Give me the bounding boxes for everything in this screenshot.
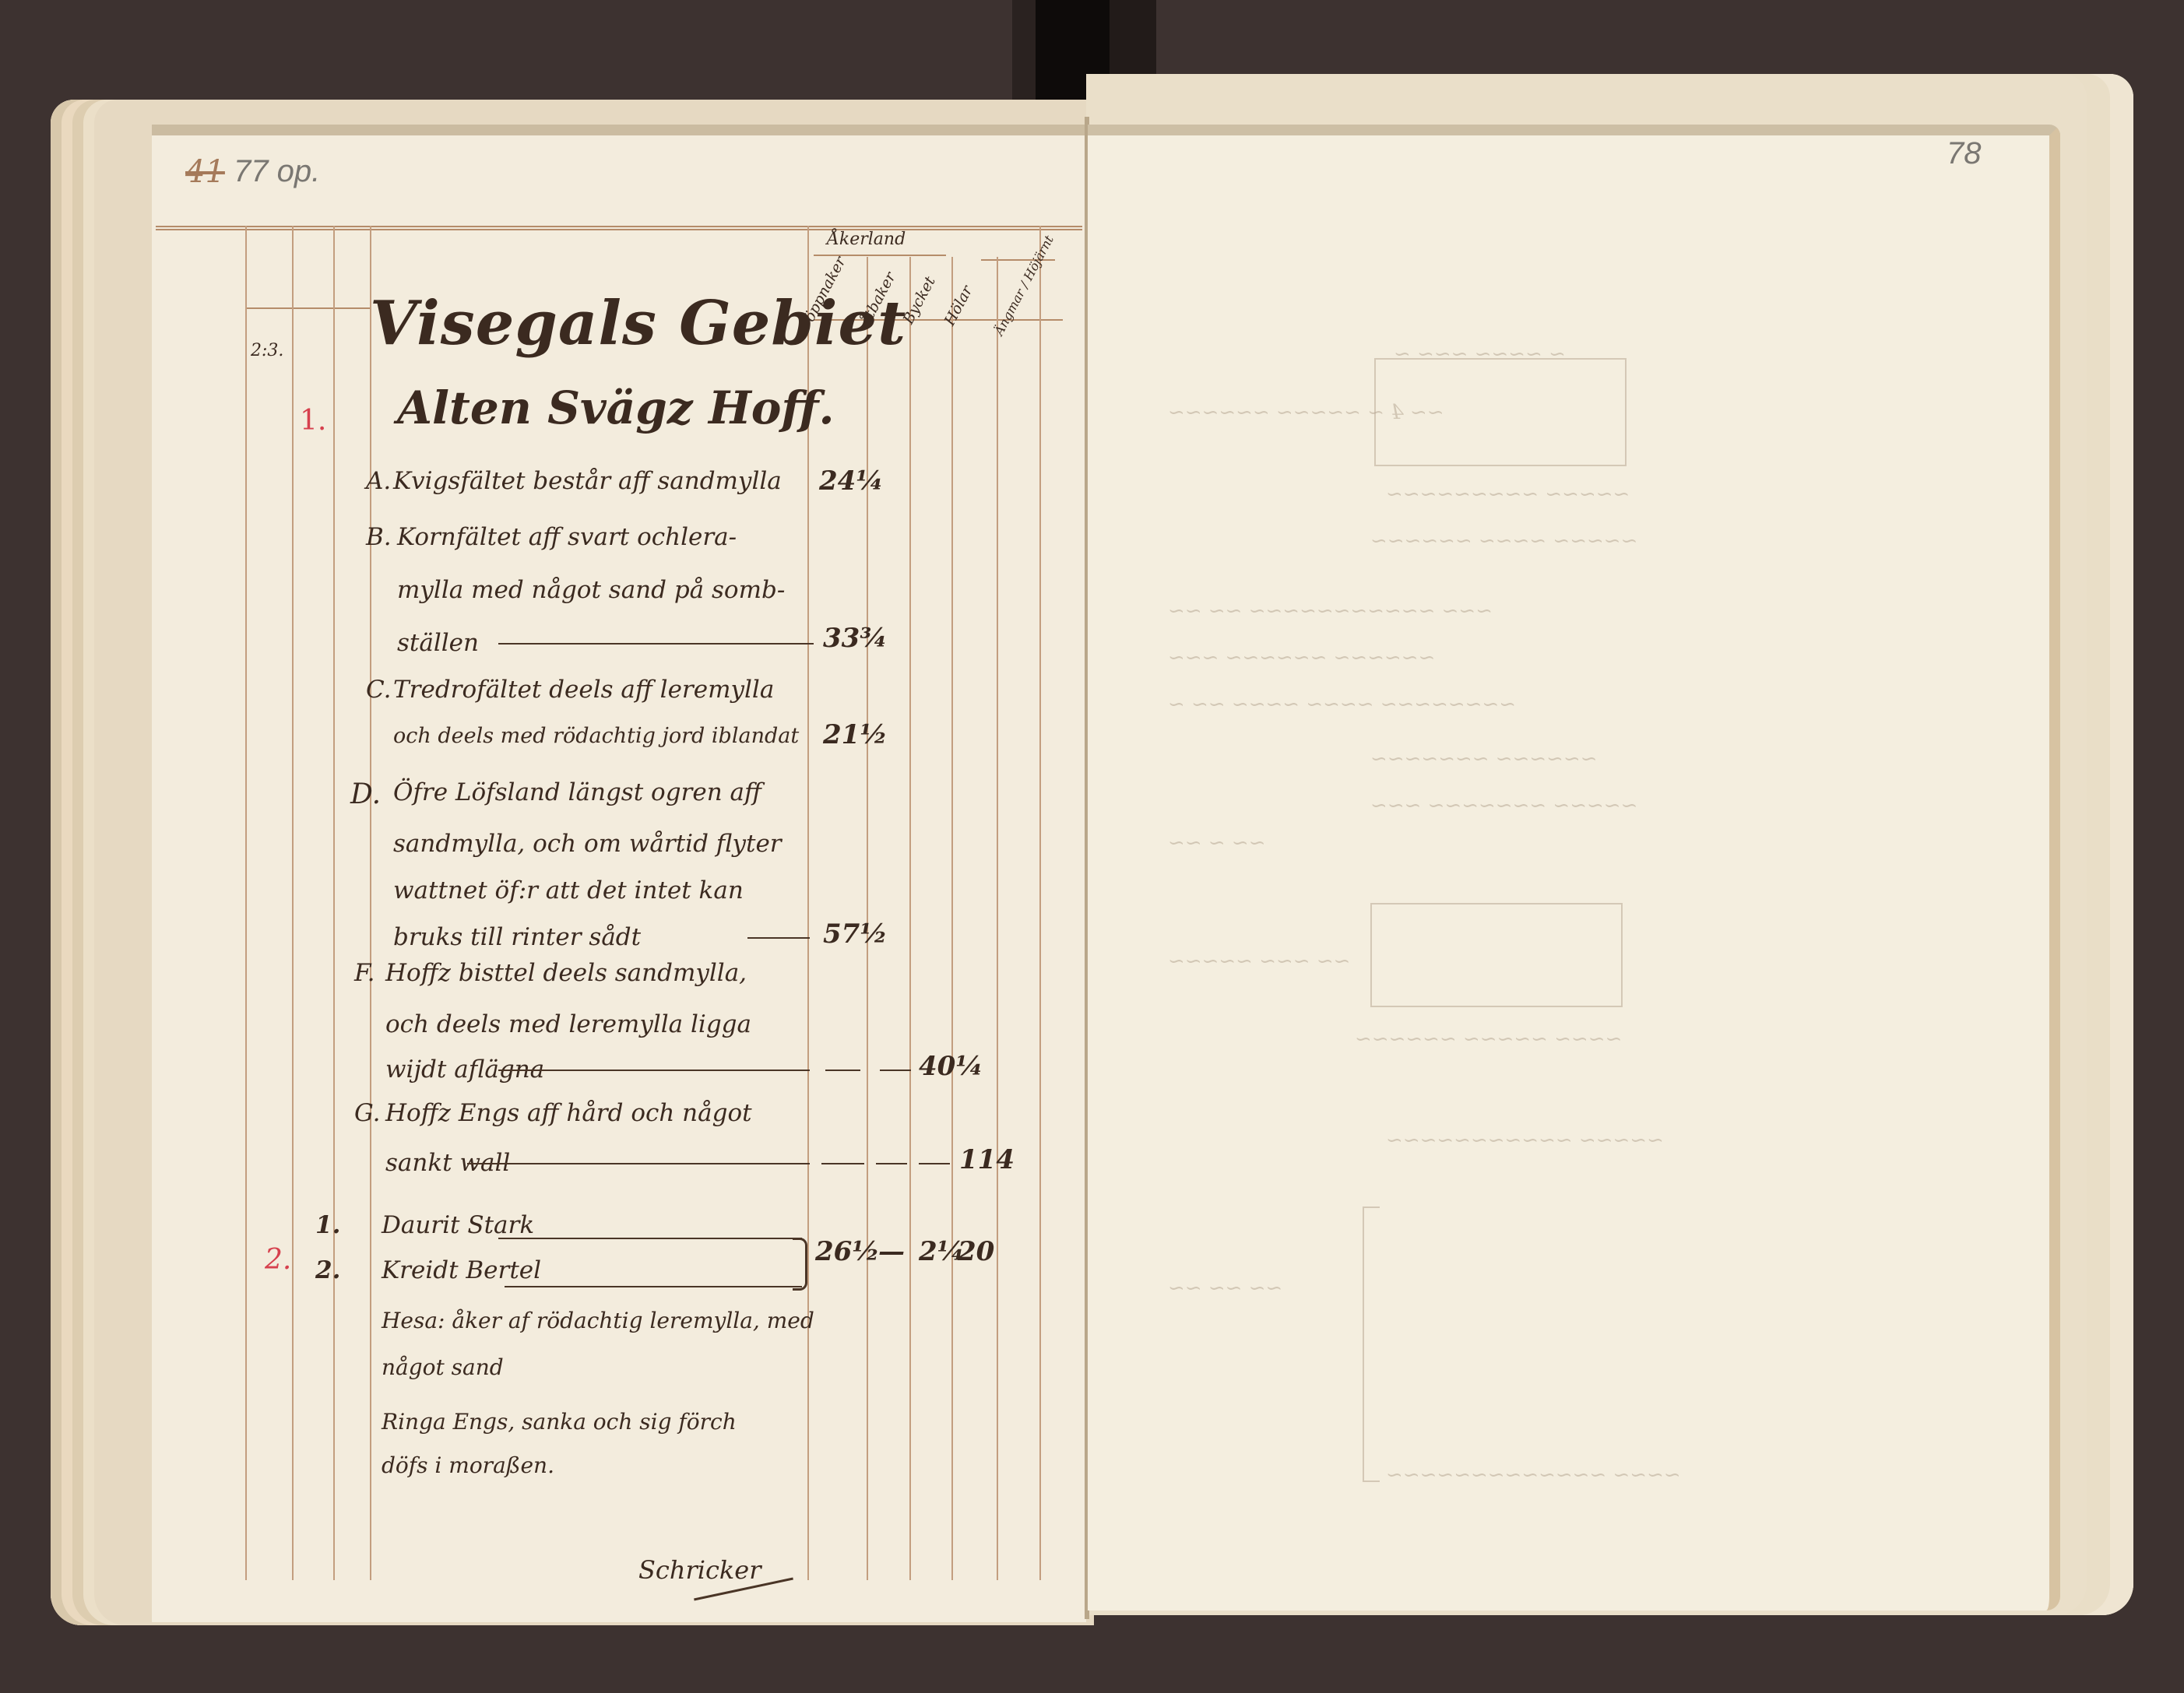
entry-value: 114	[959, 1144, 1015, 1175]
bleed-through-text: ~~~~~ ~~~~~~~~~	[1386, 483, 1630, 506]
entry-text: sandmylla, och om wårtid flyter	[393, 830, 782, 858]
header-rule	[156, 226, 1082, 227]
value-column-line	[951, 257, 953, 1580]
signature: Schricker	[638, 1555, 761, 1585]
page-subtitle: Alten Svägz Hoff.	[397, 381, 835, 434]
entry-letter: A.	[366, 467, 391, 495]
folio-number: 78	[1947, 136, 1982, 171]
leader-line	[876, 1163, 907, 1164]
margin-column-line	[333, 226, 335, 1580]
bleed-through-text: ~~~ ~~~~~~~~~~~ ~~ ~~	[1168, 599, 1493, 623]
holding-leader-line	[505, 1286, 802, 1287]
bleed-through-text: ~~~~ ~~~~~~~~~~~~~	[1386, 1463, 1681, 1487]
bleed-through-text: ~~~~~~ ~~~~~~ ~~~	[1168, 646, 1435, 669]
bleed-through-text: ~ ~~~~ ~~~ ~	[1394, 342, 1566, 366]
entry-text: och deels med rödachtig jord iblandat	[393, 724, 799, 748]
entry-text: wattnet öf:r att det intet kan	[393, 876, 744, 904]
entry-text: Hoffz bisttel deels sandmylla,	[385, 959, 747, 987]
holding-value: —	[878, 1236, 905, 1267]
margin-reference: 2:3.	[251, 341, 283, 360]
holding-value: 26½	[815, 1236, 880, 1267]
entry-letter: F.	[354, 959, 375, 987]
bleed-through-text: ~~ 4 ~ ~~~~~ ~~~~~~	[1168, 401, 1444, 424]
entry-value: 57½	[823, 919, 888, 950]
section-number-red: 2.	[265, 1244, 291, 1276]
entry-text: Öfre Löfsland längst ogren aff	[393, 778, 761, 806]
entry-value: 33¾	[823, 623, 888, 654]
margin-column-line	[370, 226, 371, 1580]
pencil-folio-number: 77 op.	[234, 154, 320, 189]
entry-value: 24¼	[819, 465, 884, 497]
bleed-through-text: ~~~~ ~~~~~ ~~~~~~	[1355, 1027, 1622, 1051]
holding-value: 20	[958, 1236, 994, 1267]
margin-rule	[245, 307, 370, 309]
holding-leader-line	[498, 1238, 802, 1239]
right-page	[1088, 125, 2060, 1610]
entry-text: Kornfältet aff svart ochlera-	[397, 523, 737, 551]
entry-text: mylla med något sand på somb-	[397, 576, 785, 604]
holding-number: 2.	[315, 1256, 340, 1284]
bleed-through-box	[1363, 1207, 1380, 1482]
margin-column-line	[245, 226, 247, 1580]
bleed-through-text: ~~~~~~~~ ~~~~ ~~~~ ~~ ~	[1168, 693, 1516, 716]
note-line: Ringa Engs, sanka och sig förch	[382, 1409, 737, 1435]
entry-value: 40¼	[919, 1051, 983, 1082]
leader-line	[919, 1163, 950, 1164]
bleed-through-text: ~~~~~ ~~~~~~~ ~~~	[1370, 794, 1637, 817]
entry-text: bruks till rinter sådt	[393, 923, 641, 951]
value-column-line	[909, 257, 911, 1580]
leader-line	[747, 937, 810, 939]
header-rule	[156, 229, 1082, 230]
bleed-through-box	[1370, 903, 1623, 1007]
entry-letter: B.	[366, 523, 392, 551]
leader-line	[498, 1070, 810, 1071]
bleed-through-text: ~~~~~ ~~~~ ~~~~~~	[1370, 529, 1637, 553]
entry-text: ställen	[397, 629, 479, 657]
holding-name: Daurit Stark	[382, 1211, 534, 1239]
crossed-folio-number: 41	[185, 154, 225, 190]
bleed-through-text: ~~ ~~ ~~	[1168, 1277, 1282, 1300]
bleed-through-text: ~~ ~~~ ~~~~~	[1168, 950, 1350, 973]
bleed-through-text: ~~ ~ ~~	[1168, 831, 1265, 855]
bleed-through-text: ~~~~~~ ~~~~~~~	[1370, 747, 1597, 771]
value-column-line	[997, 257, 998, 1580]
holding-name: Kreidt Bertel	[382, 1256, 541, 1284]
entry-text: och deels med leremylla ligga	[385, 1010, 751, 1038]
section-number-red: 1.	[300, 405, 326, 437]
bleed-through-text: ~~~~~ ~~~~~~~~~~~	[1386, 1129, 1664, 1152]
column-group-header: Åkerland	[827, 230, 906, 249]
holding-number: 1.	[315, 1211, 340, 1239]
leader-line	[467, 1163, 810, 1164]
entry-letter: C.	[366, 676, 391, 704]
note-line: döfs i moraßen.	[382, 1452, 554, 1478]
note-line: något sand	[382, 1354, 504, 1380]
entry-text: Tredrofältet deels aff leremylla	[393, 676, 774, 704]
note-line: Hesa: åker af rödachtig leremylla, med	[382, 1308, 814, 1333]
margin-column-line	[292, 226, 294, 1580]
leader-line	[880, 1070, 911, 1071]
entry-letter: G.	[354, 1099, 381, 1127]
value-column-line	[1039, 226, 1041, 1580]
leader-line	[498, 643, 814, 645]
bracket	[793, 1238, 807, 1291]
leader-line	[821, 1163, 864, 1164]
entry-value: 21½	[823, 719, 888, 750]
entry-text: Hoffz Engs aff hård och något	[385, 1099, 752, 1127]
leader-line	[825, 1070, 860, 1071]
entry-letter: D.	[350, 778, 381, 810]
entry-text: Kvigsfältet består aff sandmylla	[393, 467, 782, 495]
